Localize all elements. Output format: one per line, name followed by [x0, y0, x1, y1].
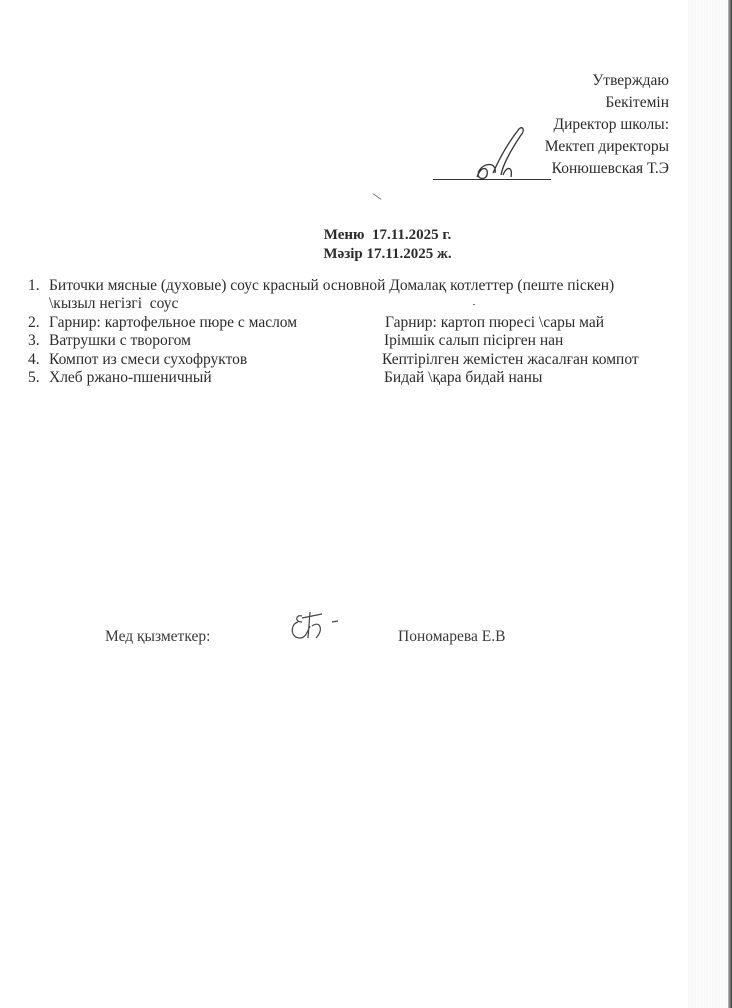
item-kz: Гарнир: картоп пюресі \сары май: [385, 314, 604, 332]
item-ru: Биточки мясные (духовые) соус красный ос…: [49, 277, 614, 294]
title-ru: Меню 17.11.2025 г.: [0, 226, 732, 245]
approval-line: Бекітемін: [433, 92, 669, 114]
item-kz: Бидай \қара бидай наны: [384, 369, 542, 387]
document-title: Меню 17.11.2025 г. Мәзір 17.11.2025 ж.: [0, 226, 732, 264]
scan-speck: [473, 304, 475, 305]
signature-underline: [433, 165, 551, 180]
item-kz: Ірімшік салып пісірген нан: [384, 332, 563, 350]
item-ru: Компот из смеси сухофруктов: [49, 351, 247, 368]
scan-artifact: [688, 0, 728, 1008]
menu-item-continuation: \кызыл негізгі соус: [28, 295, 688, 313]
director-signature-icon: [467, 125, 547, 185]
item-kz: Кептірілген жемістен жасалған компот: [382, 351, 639, 369]
item-number: 1.: [28, 277, 40, 295]
item-ru: Гарнир: картофельное пюре с маслом: [49, 314, 297, 331]
item-number: 4.: [28, 351, 40, 369]
item-number: 2.: [28, 314, 40, 332]
approval-line: Утверждаю: [433, 70, 669, 92]
item-number: 5.: [28, 369, 40, 387]
director-signature-line: Конюшевская Т.Э: [433, 158, 669, 180]
title-kz: Мәзір 17.11.2025 ж.: [0, 245, 732, 264]
menu-item: 2. Гарнир: картофельное пюре с маслом Га…: [28, 314, 688, 332]
item-ru-continuation: \кызыл негізгі соус: [49, 295, 178, 312]
item-number: 3.: [28, 332, 40, 350]
item-ru: Ватрушки с творогом: [49, 332, 191, 349]
medical-signature-icon: [288, 608, 348, 648]
director-name: Конюшевская Т.Э: [552, 158, 669, 180]
approval-block: Утверждаю Бекітемін Директор школы: Мект…: [433, 70, 669, 187]
medical-worker-label: Мед қызметкер:: [105, 628, 210, 646]
menu-item: 3. Ватрушки с творогом Ірімшік салып піс…: [28, 332, 688, 350]
item-ru: Хлеб ржано-пшеничный: [49, 369, 212, 386]
scan-speck: [373, 193, 382, 200]
menu-item: 4. Компот из смеси сухофруктов Кептірілг…: [28, 351, 688, 369]
scan-edge: [728, 0, 732, 1008]
menu-list: 1. Биточки мясные (духовые) соус красный…: [28, 277, 688, 387]
menu-item: 1. Биточки мясные (духовые) соус красный…: [28, 277, 688, 295]
menu-item: 5. Хлеб ржано-пшеничный Бидай \қара бида…: [28, 369, 688, 387]
medical-worker-name: Пономарева Е.В: [398, 628, 505, 646]
